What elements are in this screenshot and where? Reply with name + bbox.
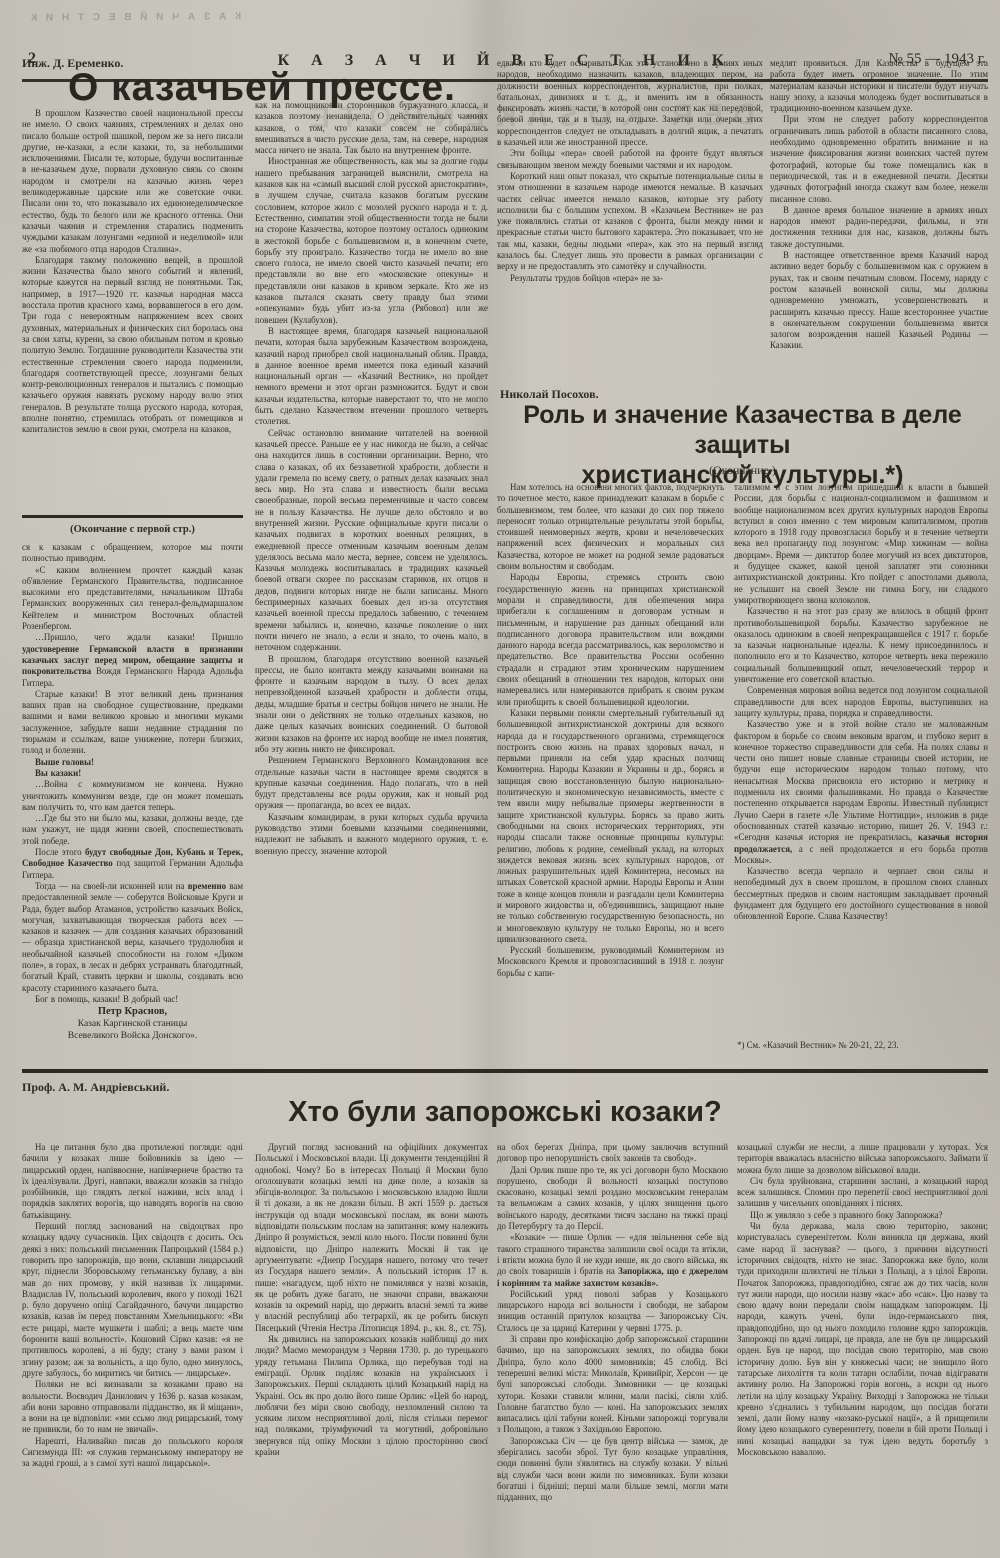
paragraph: В прошлом, благодаря отсутствию военной … xyxy=(255,654,488,756)
newspaper-page: { "page": { "paper_color": "#c7c4bb", "i… xyxy=(0,0,1000,1558)
paragraph: как на помощников и сторонников буржуазн… xyxy=(255,100,488,156)
paragraph: В настоящее ответственное время Казачий … xyxy=(770,250,988,352)
signature-block: Петр Краснов, Казак Каргинской станицы В… xyxy=(22,1006,243,1042)
paragraph: В прошлом Казачество своей национальной … xyxy=(22,108,243,255)
continuation-note: (Окончание с первой стр.) xyxy=(22,524,243,535)
article2-subtitle: (Окончание.) xyxy=(497,463,988,478)
paragraph: «С каким волнением прочтет каждый казак … xyxy=(22,565,243,633)
paragraph: на обох берегах Дніпра, при цьому заключ… xyxy=(497,1142,728,1165)
paragraph: Старые казаки! В этот великий день призн… xyxy=(22,689,243,757)
article3-headline: Хто були запорожські козаки? xyxy=(22,1096,988,1129)
paragraph: Російський уряд поволі забрав у Козацько… xyxy=(497,1289,728,1334)
paragraph: Решением Германского Верховного Командов… xyxy=(255,755,488,811)
article3-column-1: На це питання було два протилежні погляд… xyxy=(22,1142,243,1550)
paragraph: После этого будут свободные Дон, Кубань … xyxy=(22,847,243,881)
paragraph: Короткий наш опыт показал, что скрытые п… xyxy=(497,171,763,273)
paragraph: В данное время большое значение в армиях… xyxy=(770,205,988,250)
paragraph: При этом не следует работу корреспондент… xyxy=(770,114,988,204)
paragraph: Перший погляд заснований на свідоцтвах п… xyxy=(22,1221,243,1379)
paragraph: Русский большевизм, руководимый Коминтер… xyxy=(497,945,724,979)
article3-column-3: на обох берегах Дніпра, при цьому заключ… xyxy=(497,1142,728,1550)
paragraph: Що ж уявляло з себе з правного боку Запо… xyxy=(737,1210,988,1221)
section-divider-rule xyxy=(22,1069,988,1073)
article1-column-3: едва-ли кто будет оспаривать. Как это ус… xyxy=(497,58,763,388)
continuation-column: ся к казакам с обращением, которое мы по… xyxy=(22,542,243,1004)
paragraph: едва-ли кто будет оспаривать. Как это ус… xyxy=(497,58,763,148)
paragraph: Як дивились на запорожських козаків найб… xyxy=(255,1334,488,1458)
signature-line: Всевеликого Войска Донского». xyxy=(22,1030,243,1042)
signature-line: Казак Каргинской станицы xyxy=(22,1018,243,1030)
paragraph: Далі Орлик пише про те, як усі договори … xyxy=(497,1165,728,1233)
paragraph: козацької служби не несли, а лише працюв… xyxy=(737,1142,988,1176)
article3-byline: Проф. А. М. Андріевський. xyxy=(22,1080,169,1095)
article3-column-4: козацької служби не несли, а лише працюв… xyxy=(737,1142,988,1550)
paragraph: Другий погляд заснований на офіційних до… xyxy=(255,1142,488,1334)
bleedthrough-text-top-left: К А З А Ч И Й В Е С Т Н И К xyxy=(28,11,241,23)
article1-column-2: как на помощников и сторонников буржуазн… xyxy=(255,100,488,1062)
paragraph: Народы Европы, стремясь строить свою гос… xyxy=(497,572,724,708)
paragraph: Казаки первыми поняли смертельный губите… xyxy=(497,708,724,945)
article3-column-2: Другий погляд заснований на офіційних до… xyxy=(255,1142,488,1550)
paragraph: Зі справи про конфіскацію добр запорожсь… xyxy=(497,1334,728,1436)
paragraph: «Козаки» — пише Орлик — «для звільнення … xyxy=(497,1232,728,1288)
article1-column-4: медлят проявиться. Для Казачества в буду… xyxy=(770,58,988,388)
paragraph: Современная мировая война ведется под ло… xyxy=(734,685,988,719)
paragraph: Выше головы! xyxy=(22,757,243,768)
paragraph: На це питання було два протилежні погляд… xyxy=(22,1142,243,1221)
paragraph: Эти бойцы «пера» своей работой на фронте… xyxy=(497,148,763,171)
paragraph: Благодаря такому положению вещей, в прош… xyxy=(22,255,243,436)
paragraph: Казачество всегда черпало и черпает свои… xyxy=(734,866,988,922)
paragraph: Нарешті, Наливайко писав до польського к… xyxy=(22,1436,243,1470)
paragraph: Вы казаки! xyxy=(22,768,243,779)
paragraph: …Война с коммунизмом не кончена. Нужно у… xyxy=(22,779,243,813)
article2-column-b: тализмом и с этим лозунгом пришедший к в… xyxy=(734,482,988,1034)
paragraph: Сейчас остановлю внимание читателей на в… xyxy=(255,428,488,654)
paragraph: Тогда — на своей-ли исконней или на врем… xyxy=(22,881,243,994)
article1-column-1: В прошлом Казачество своей национальной … xyxy=(22,108,243,510)
paragraph: Казачество и на этот раз сразу же влилос… xyxy=(734,606,988,685)
paragraph: Результаты трудов бойцов «пера» не за- xyxy=(497,273,763,284)
article2-headline-line1: Роль и значение Казачества в деле защиты xyxy=(497,400,988,460)
paragraph: медлят проявиться. Для Казачества в буду… xyxy=(770,58,988,114)
paragraph: Чи була держава, мала свою територію, за… xyxy=(737,1221,988,1458)
paragraph: Запорожська Січ — це був центр війська —… xyxy=(497,1436,728,1504)
signature-name: Петр Краснов, xyxy=(22,1006,243,1018)
paragraph: …Где бы это ни было мы, казаки, должны в… xyxy=(22,813,243,847)
paragraph: Бог в помощь, казаки! В добрый час! xyxy=(22,994,243,1004)
paragraph: …Пришло, чего ждали казаки! Пришло удост… xyxy=(22,632,243,688)
paragraph: Казачьим командирам, в руки которых судь… xyxy=(255,812,488,857)
paragraph: Поляки не всі визнавали за козаками прав… xyxy=(22,1379,243,1435)
paragraph: Казачество уже и в этой войне стало не м… xyxy=(734,719,988,866)
paragraph: тализмом и с этим лозунгом пришедший к в… xyxy=(734,482,988,606)
paragraph: Нам хотелось на основани многих фактов, … xyxy=(497,482,724,572)
column-divider-rule xyxy=(22,515,243,518)
paragraph: ся к казакам с обращением, которое мы по… xyxy=(22,542,243,565)
paragraph: В настоящее время, благодаря казачьей на… xyxy=(255,326,488,428)
article2-footnote: *) См. «Казачий Вестник» № 20-21, 22, 23… xyxy=(737,1040,988,1051)
paragraph: Иностранная же общественность, как мы за… xyxy=(255,156,488,325)
paragraph: Січ була зруйнована, старшини заслані, а… xyxy=(737,1176,988,1210)
article2-column-a: Нам хотелось на основани многих фактов, … xyxy=(497,482,724,1062)
